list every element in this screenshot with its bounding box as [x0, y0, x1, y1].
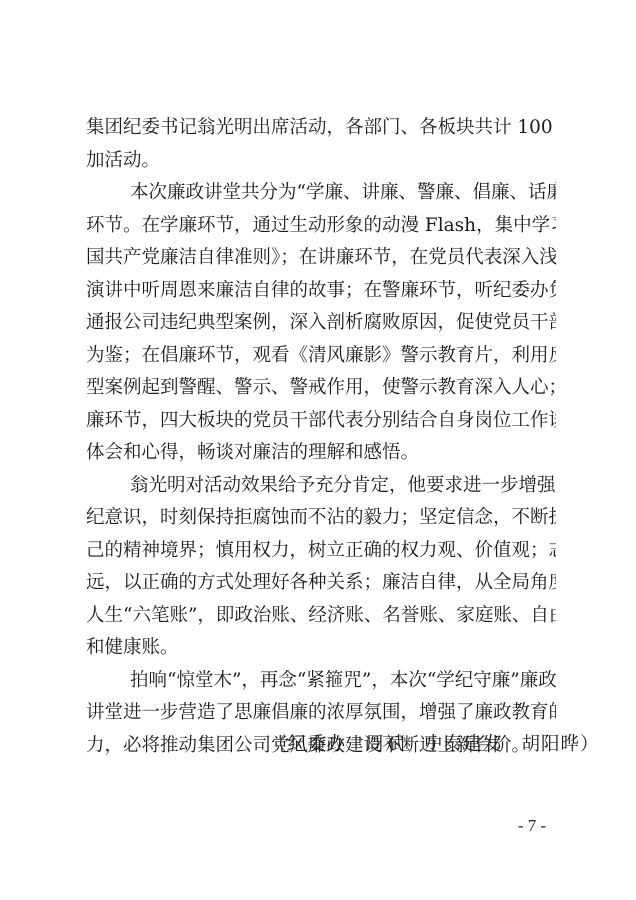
text-line: 集团纪委书记翁光明出席活动，各部门、各板块共计 100 余人参: [86, 112, 556, 145]
document-page: 集团纪委书记翁光明出席活动，各部门、各板块共计 100 余人参 加活动。 本次廉…: [0, 0, 636, 900]
text-line: 己的精神境界；慎用权力，树立正确的权力观、价值观；志存高: [86, 535, 556, 568]
text-line: 为鉴；在倡廉环节，观看《清风廉影》警示教育片，利用反面典: [86, 340, 556, 373]
text-line: 通报公司违纪典型案例，深入剖析腐败原因，促使党员干部引以: [86, 307, 556, 340]
text-line: 型案例起到警醒、警示、警戒作用，使警示教育深入人心；在话: [86, 372, 556, 405]
text-line: 环节。在学廉环节，通过生动形象的动漫 Flash，集中学习了《中: [86, 210, 556, 243]
page-number: - 7 -: [512, 816, 552, 836]
paragraph-start-line: 拍响“惊堂木”，再念“紧箍咒”，本次“学纪守廉”廉政: [86, 665, 556, 698]
text-line: 国共产党廉洁自律准则》；在讲廉环节，在党员代表深入浅出的: [86, 242, 556, 275]
text-line: 演讲中听周恩来廉洁自律的故事；在警廉环节，听纪委办负责人: [86, 275, 556, 308]
text-line: 廉环节，四大板块的党员干部代表分别结合自身岗位工作谈学习: [86, 405, 556, 438]
text-line: 讲堂进一步营造了思廉倡廉的浓厚氛围，增强了廉政教育的渗透: [86, 697, 556, 730]
text-line: 加活动。: [86, 145, 556, 178]
author-signature: （纪委办 周斌 中泰建发 胡阳晔）: [268, 729, 556, 761]
paragraph-start-line: 本次廉政讲堂共分为“学廉、讲廉、警廉、倡廉、话廉”五个: [86, 177, 556, 210]
text-line: 远，以正确的方式处理好各种关系；廉洁自律，从全局角度算好: [86, 567, 556, 600]
text-line: 和健康账。: [86, 632, 556, 665]
article-body: 集团纪委书记翁光明出席活动，各部门、各板块共计 100 余人参 加活动。 本次廉…: [86, 112, 556, 762]
text-line: 人生“六笔账”，即政治账、经济账、名誉账、家庭账、自由账: [86, 600, 556, 633]
paragraph-start-line: 翁光明对活动效果给予充分肯定，他要求进一步增强遵规守: [86, 470, 556, 503]
text-line: 体会和心得，畅谈对廉洁的理解和感悟。: [86, 437, 556, 470]
text-line: 纪意识，时刻保持拒腐蚀而不沾的毅力；坚定信念，不断提高自: [86, 502, 556, 535]
